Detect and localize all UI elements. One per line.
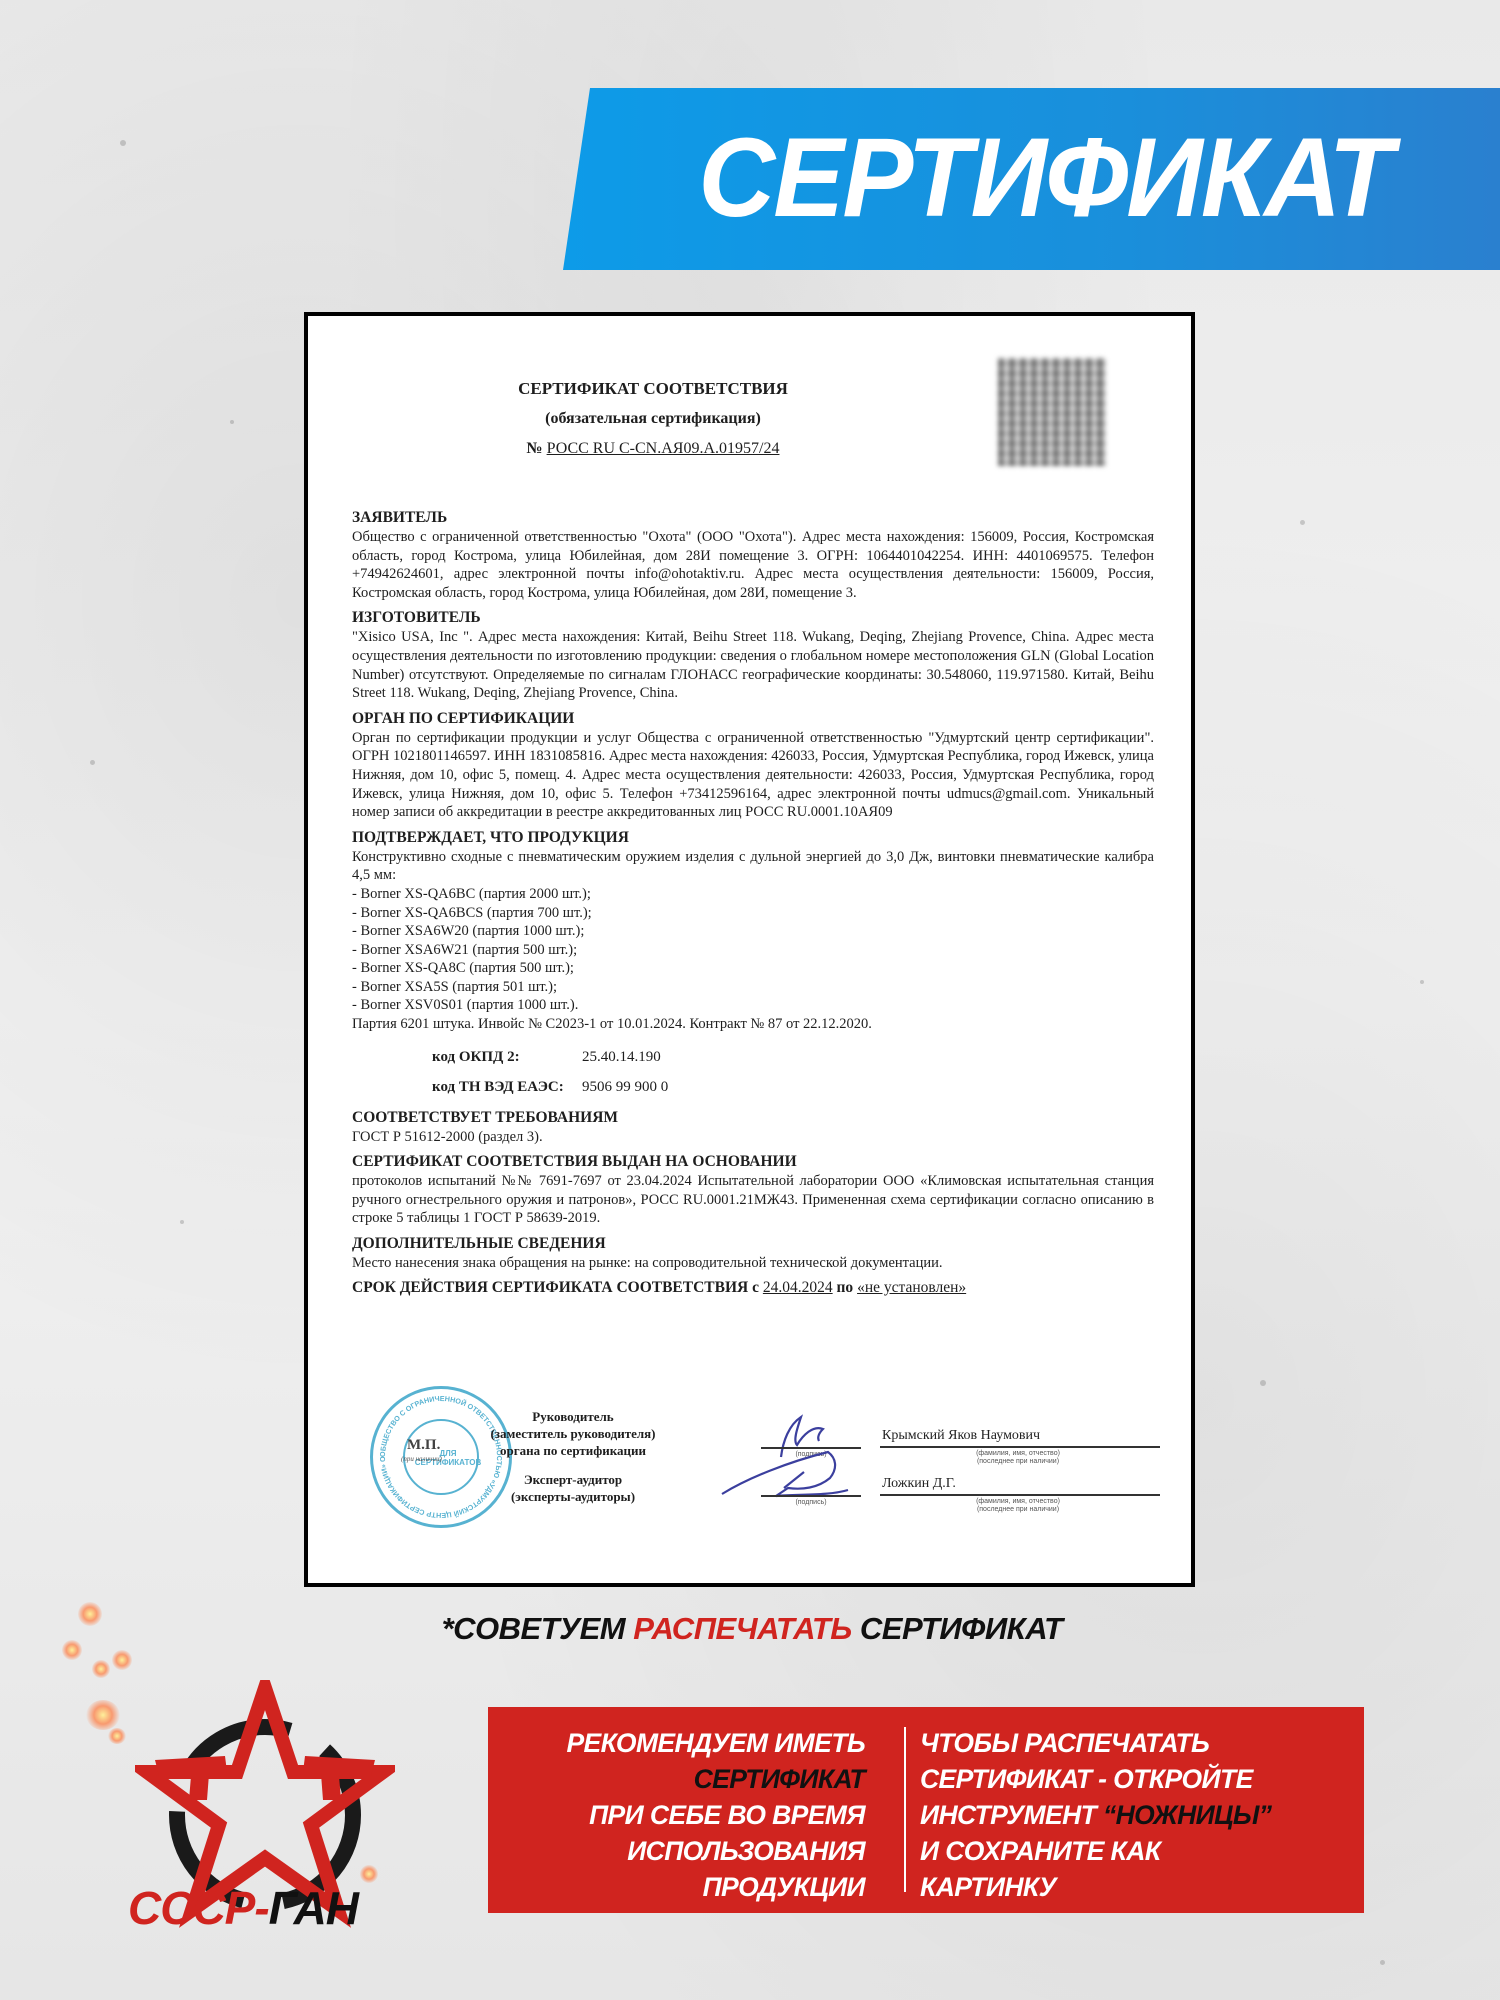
print-advice: *СОВЕТУЕМ РАСПЕЧАТАТЬ СЕРТИФИКАТ (372, 1609, 1132, 1649)
section-title-applicant: ЗАЯВИТЕЛЬ (352, 508, 1154, 528)
qr-code-icon (998, 358, 1106, 466)
info-left-line: СЕРТИФИКАТ (488, 1761, 865, 1797)
validity-from: 24.04.2024 (763, 1279, 833, 1296)
logo-wordmark: СССР-ГАН (128, 1883, 358, 1933)
print-advice-highlight: РАСПЕЧАТАТЬ (633, 1611, 852, 1646)
product-codes: код ОКПД 2: 25.40.14.190 код ТН ВЭД ЕАЭС… (432, 1042, 1154, 1102)
head-name-caption: (фамилия, имя, отчество) (последнее при … (948, 1450, 1088, 1466)
certificate-body: ЗАЯВИТЕЛЬ Общество с ограниченной ответс… (352, 508, 1154, 1297)
scissors-tool-highlight: “НОЖНИЦЫ” (1103, 1800, 1271, 1830)
expert-name-line (880, 1494, 1160, 1496)
section-title-manufacturer: ИЗГОТОВИТЕЛЬ (352, 608, 1154, 628)
section-title-basis: СЕРТИФИКАТ СООТВЕТСТВИЯ ВЫДАН НА ОСНОВАН… (352, 1152, 1154, 1172)
product-item: - Borner XSV0S01 (партия 1000 шт.). (352, 996, 1154, 1015)
info-left-line: ПРИ СЕБЕ ВО ВРЕМЯ (488, 1797, 865, 1833)
stamp-mp-label: М.П. (407, 1437, 440, 1454)
product-intro: Конструктивно сходные с пневматическим о… (352, 848, 1154, 885)
product-item: - Borner XSA6W20 (партия 1000 шт.); (352, 922, 1154, 941)
section-title-certification-body: ОРГАН ПО СЕРТИФИКАЦИИ (352, 709, 1154, 729)
info-left-line: ИСПОЛЬЗОВАНИЯ (488, 1833, 865, 1869)
expert-signature-caption: (подпись) (761, 1499, 861, 1507)
section-title-additional: ДОПОЛНИТЕЛЬНЫЕ СВЕДЕНИЯ (352, 1234, 1154, 1254)
info-left-column: РЕКОМЕНДУЕМ ИМЕТЬСЕРТИФИКАТПРИ СЕБЕ ВО В… (488, 1725, 865, 1905)
stamp-mp-sub: (при наличии) (401, 1455, 442, 1463)
certificate-document: СЕРТИФИКАТ СООТВЕТСТВИЯ (обязательная се… (304, 312, 1195, 1587)
signatory-roles: Руководитель (заместитель руководителя) … (488, 1408, 658, 1505)
validity-to: «не установлен» (857, 1279, 966, 1296)
info-left-line: ПРОДУКЦИИ (488, 1869, 865, 1905)
expert-name: Ложкин Д.Г. (882, 1476, 956, 1492)
head-name: Крымский Яков Наумович (882, 1428, 1040, 1444)
product-item: - Borner XS-QA6BC (партия 2000 шт.); (352, 885, 1154, 904)
product-item: - Borner XSA5S (партия 501 шт.); (352, 978, 1154, 997)
expert-name-caption: (фамилия, имя, отчество) (последнее при … (948, 1498, 1088, 1514)
certificate-header: СЕРТИФИКАТ СООТВЕТСТВИЯ (обязательная се… (308, 374, 998, 464)
certificate-title: СЕРТИФИКАТ СООТВЕТСТВИЯ (308, 374, 998, 404)
product-item: - Borner XS-QA6BCS (партия 700 шт.); (352, 904, 1154, 923)
certificate-subtitle: (обязательная сертификация) (308, 404, 998, 434)
info-divider (904, 1727, 906, 1892)
product-item: - Borner XS-QA8C (партия 500 шт.); (352, 959, 1154, 978)
certification-body-text: Орган по сертификации продукции и услуг … (352, 729, 1154, 822)
expert-signature-line (761, 1495, 861, 1497)
print-instructions-box: РЕКОМЕНДУЕМ ИМЕТЬСЕРТИФИКАТПРИ СЕБЕ ВО В… (488, 1707, 1364, 1913)
additional-text: Место нанесения знака обращения на рынке… (352, 1254, 1154, 1273)
section-title-product: ПОДТВЕРЖДАЕТ, ЧТО ПРОДУКЦИЯ (352, 828, 1154, 848)
section-title-requirements: СООТВЕТСТВУЕТ ТРЕБОВАНИЯМ (352, 1108, 1154, 1128)
head-name-line (880, 1446, 1160, 1448)
info-right-column: ЧТОБЫ РАСПЕЧАТАТЬ СЕРТИФИКАТ - ОТКРОЙТЕ … (920, 1725, 1340, 1905)
certificate-number-value: РОСС RU C-CN.АЯ09.А.01957/24 (547, 440, 780, 457)
validity-period: СРОК ДЕЙСТВИЯ СЕРТИФИКАТА СООТВЕТСТВИЯ с… (352, 1279, 1154, 1298)
info-left-line: РЕКОМЕНДУЕМ ИМЕТЬ (488, 1725, 865, 1761)
code-row-tnved: код ТН ВЭД ЕАЭС: 9506 99 900 0 (432, 1072, 1154, 1102)
product-batch: Партия 6201 штука. Инвойс № С2023-1 от 1… (352, 1015, 1154, 1034)
basis-text: протоколов испытаний №№ 7691-7697 от 23.… (352, 1172, 1154, 1228)
product-item: - Borner XSA6W21 (партия 500 шт.); (352, 941, 1154, 960)
manufacturer-text: "Xisico USA, Inc ". Адрес места нахожден… (352, 628, 1154, 702)
applicant-text: Общество с ограниченной ответственностью… (352, 528, 1154, 602)
requirements-text: ГОСТ Р 51612-2000 (раздел 3). (352, 1128, 1154, 1147)
certificate-number: № РОСС RU C-CN.АЯ09.А.01957/24 (308, 434, 998, 464)
code-row-okpd: код ОКПД 2: 25.40.14.190 (432, 1042, 1154, 1072)
banner-title: СЕРТИФИКАТ (651, 118, 1440, 238)
